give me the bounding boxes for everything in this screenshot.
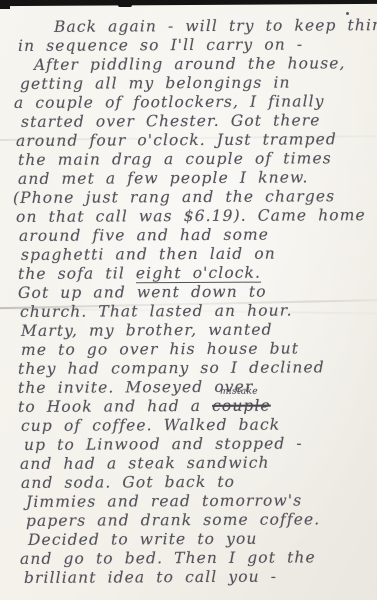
letter-line: Back again - will try to keep things — [54, 16, 372, 37]
letter-line: Jimmies and read tomorrow's — [26, 491, 372, 512]
letter-line: church. That lasted an hour. — [20, 301, 372, 322]
letter-line: on that call was $6.19). Came home — [16, 206, 372, 227]
pencil-dot — [346, 12, 349, 15]
letter-line: up to Linwood and stopped - — [24, 434, 372, 455]
letter-line: to Hook and had a mistakecouple — [18, 396, 372, 417]
letter-line: and had a steak sandwich — [20, 453, 372, 474]
letter-line: and go to bed. Then I got the — [20, 548, 372, 569]
line-text: the sofa til — [18, 264, 136, 283]
letter-line: and met a few people I knew. — [18, 168, 372, 189]
letter-line: cup of coffee. Walked back — [21, 415, 372, 436]
letter-line: started over Chester. Got there — [21, 111, 372, 132]
letter-line: spaghetti and then laid on — [21, 244, 372, 265]
letter-line: and soda. Got back to — [21, 472, 372, 493]
letter-line: getting all my belongings in — [20, 73, 372, 94]
letter-line: Marty, my brother, wanted — [21, 320, 372, 341]
scanner-edge-notch — [118, 2, 132, 7]
underlined-text: eight o'clock. — [136, 264, 261, 284]
letter-line: around four o'clock. Just tramped — [16, 130, 372, 151]
letter-line: around five and had some — [19, 225, 372, 246]
letter-line: papers and drank some coffee. — [26, 510, 372, 531]
letter-page: Back again - will try to keep things in … — [0, 0, 377, 600]
letter-line: the invite. Moseyed over — [18, 377, 372, 398]
letter-line: brilliant idea to call you - — [24, 567, 372, 588]
letter-body: Back again - will try to keep things in … — [8, 17, 372, 587]
letter-line: in sequence so I'll carry on - — [18, 35, 372, 56]
letter-line: Got up and went down to — [18, 282, 372, 303]
letter-line: the sofa til eight o'clock. — [18, 263, 372, 284]
scanner-edge-corner — [0, 2, 10, 9]
letter-line: they had company so I declined — [18, 358, 372, 379]
letter-line: a couple of footlockers, I finally — [14, 92, 372, 113]
struck-text: couple — [212, 397, 271, 415]
letter-line: the main drag a couple of times — [18, 149, 372, 170]
letter-line: (Phone just rang and the charges — [13, 187, 372, 208]
letter-line: After piddling around the house, — [34, 54, 372, 75]
letter-line: me to go over his house but — [21, 339, 372, 360]
letter-line: Decided to write to you — [28, 529, 372, 550]
correction-note: mistake — [220, 388, 258, 397]
line-text: to Hook and had a — [18, 397, 212, 416]
crossed-out-word: mistakecouple — [212, 397, 271, 416]
scanner-edge — [0, 0, 377, 6]
